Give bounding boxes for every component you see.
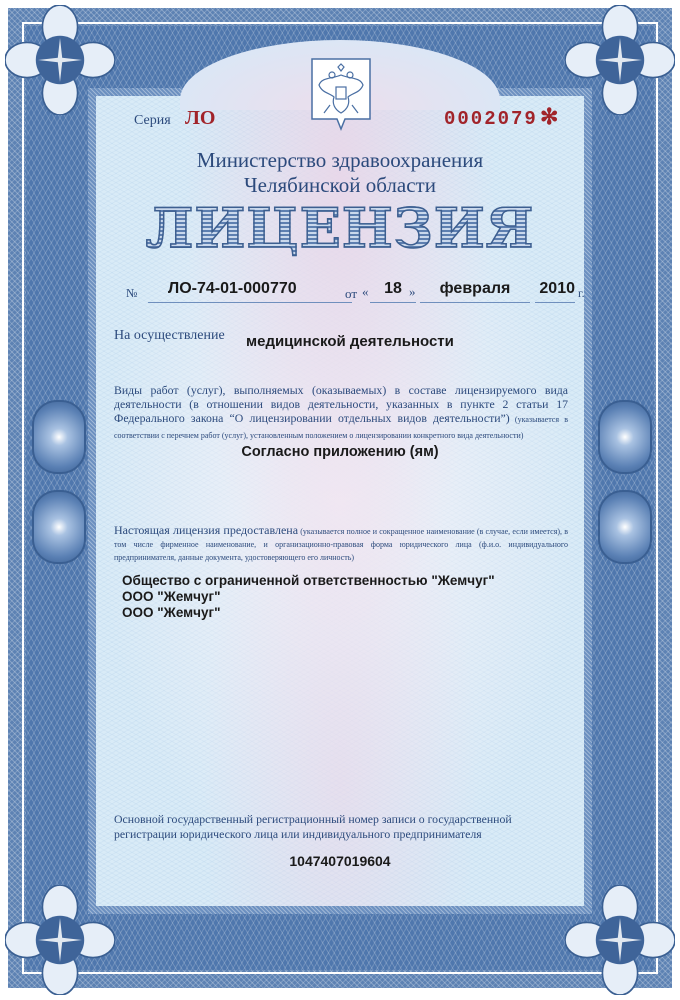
licensee-short-name: ООО "Жемчуг" — [122, 589, 495, 605]
quote-open: « — [362, 284, 369, 300]
coat-of-arms-icon — [310, 57, 372, 132]
license-number: ЛО-74-01-000770 — [148, 280, 352, 303]
date-month: февраля — [420, 280, 530, 303]
issuer-line-1: Министерство здравоохранения — [100, 148, 580, 173]
form-number: 0002079 — [444, 108, 538, 130]
licensee-brand-name: ООО "Жемчуг" — [122, 605, 495, 621]
corner-rosette-icon — [5, 5, 115, 115]
quote-close: » — [409, 284, 416, 300]
works-value: Согласно приложению (ям) — [100, 444, 580, 460]
date-year: 2010 — [535, 280, 575, 303]
corner-rosette-icon — [565, 5, 675, 115]
licensee-names: Общество с ограниченной ответственностью… — [122, 573, 495, 621]
medallion-ornament-icon — [598, 400, 652, 474]
works-label-main: Виды работ (услуг), выполняемых (оказыва… — [114, 383, 568, 425]
medallion-ornament-icon — [598, 490, 652, 564]
licensee-full-name: Общество с ограниченной ответственностью… — [122, 573, 495, 589]
license-number-date-row: № ЛО-74-01-000770 от « 18 » февраля 2010… — [120, 280, 580, 304]
series-value: ЛО — [185, 107, 215, 130]
purpose-label: На осуществление — [114, 328, 225, 344]
licensee-label: Настоящая лицензия предоставлена (указыв… — [114, 524, 568, 563]
corner-rosette-icon — [565, 885, 675, 995]
date-prefix: от — [345, 286, 357, 302]
purpose-value: медицинской деятельности — [246, 333, 454, 350]
number-sign: № — [126, 286, 137, 301]
issuer-line-2: Челябинской области — [100, 173, 580, 198]
year-suffix: г. — [578, 286, 585, 301]
series-label: Серия — [134, 113, 171, 129]
document-title: ЛИЦЕНЗИЯ — [100, 196, 580, 260]
licensee-label-main: Настоящая лицензия предоставлена — [114, 523, 298, 537]
corner-rosette-icon — [5, 885, 115, 995]
issuing-authority: Министерство здравоохранения Челябинской… — [100, 148, 580, 198]
medallion-ornament-icon — [32, 490, 86, 564]
ogrn-value: 1047407019604 — [100, 853, 580, 869]
works-label: Виды работ (услуг), выполняемых (оказыва… — [114, 383, 568, 443]
asterisk-mark-icon: ✻ — [540, 104, 558, 130]
ogrn-label: Основной государственный регистрационный… — [114, 812, 572, 842]
medallion-ornament-icon — [32, 400, 86, 474]
